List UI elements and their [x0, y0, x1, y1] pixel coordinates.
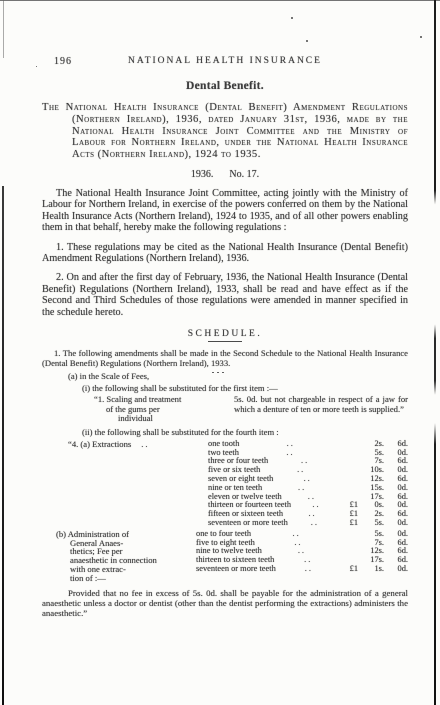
- scaling-item-description: “1. Scaling and treatment of the gums pe…: [94, 395, 220, 424]
- page-number: 196: [54, 56, 72, 67]
- anaesthetics-fee-table: (b) Administration of General Anaes- the…: [42, 530, 408, 583]
- instrument-number: No. 17.: [229, 169, 259, 180]
- citation-paragraph: The National Health Insurance (Dental Be…: [42, 102, 408, 161]
- proviso-paragraph: Provided that no fee in excess of 5s. 0d…: [42, 588, 408, 619]
- leader-dots: ..: [141, 439, 149, 449]
- extractions-label-text: “4. (a) Extractions: [68, 439, 131, 449]
- anaesthetics-rows: one to four teeth..5s.0d. five to eight …: [196, 530, 408, 583]
- extractions-fee-table: “4. (a) Extractions.. one tooth..2s.6d. …: [42, 440, 408, 528]
- schedule-item-a: (a) in the Scale of Fees,: [42, 371, 408, 381]
- fee-row: seventeen or more teeth..£11s.0d.: [196, 565, 408, 574]
- year: 1936.: [191, 169, 214, 180]
- scaling-desc-line: of the gums per: [94, 405, 220, 415]
- scaling-desc-line: individual: [94, 414, 220, 424]
- extractions-label: “4. (a) Extractions..: [42, 440, 208, 528]
- schedule-item-ii: (ii) the following shall be substituted …: [42, 427, 408, 437]
- page-content: 196 NATIONAL HEALTH INSURANCE Dental Ben…: [0, 0, 440, 705]
- scaling-item: “1. Scaling and treatment of the gums pe…: [42, 395, 408, 424]
- schedule-intro: 1. The following amendments shall be mad…: [42, 348, 408, 368]
- extractions-rows: one tooth..2s.6d. two teeth..5s.0d. thre…: [208, 440, 408, 528]
- regulation-2: 2. On and after the first day of Februar…: [42, 272, 408, 318]
- scaling-item-fee-note: 5s. 0d. but not chargeable in respect of…: [234, 395, 408, 424]
- year-number-line: 1936.No. 17.: [42, 169, 408, 180]
- document-title: Dental Benefit.: [42, 80, 408, 92]
- running-title: NATIONAL HEALTH INSURANCE: [42, 56, 408, 66]
- schedule-heading-rule: [208, 341, 242, 342]
- schedule-heading: SCHEDULE.: [42, 329, 408, 339]
- anaesthetics-label: (b) Administration of General Anaes- the…: [42, 530, 196, 583]
- fee-row: seventeen or more teeth..£15s.0d.: [208, 519, 408, 528]
- regulation-1: 1. These regulations may be cited as the…: [42, 242, 408, 265]
- page-header: 196 NATIONAL HEALTH INSURANCE: [42, 56, 408, 68]
- anaesthetics-label-line: tion of :—: [56, 574, 196, 583]
- schedule-item-i: (i) the following shall be substituted f…: [42, 383, 408, 393]
- scanned-document-page: 196 NATIONAL HEALTH INSURANCE Dental Ben…: [0, 0, 440, 705]
- preamble-paragraph: The National Health Insurance Joint Comm…: [42, 188, 408, 234]
